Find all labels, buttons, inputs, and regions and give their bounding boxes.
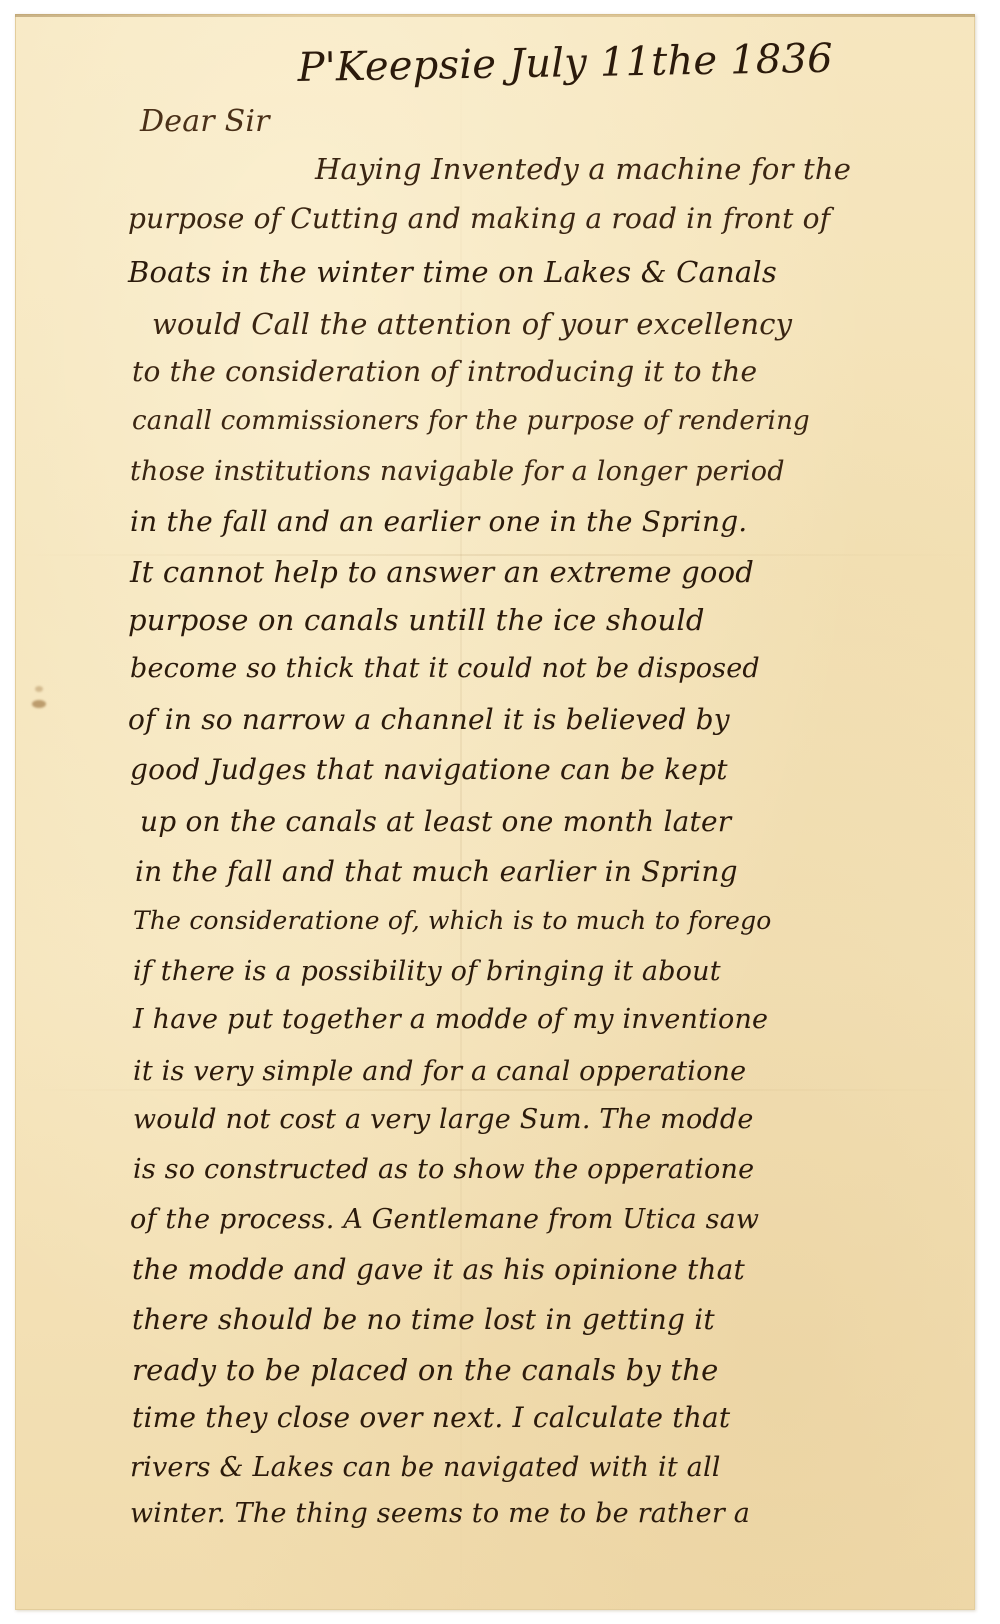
paper-top-edge bbox=[15, 14, 975, 17]
body-line: there should be no time lost in getting … bbox=[132, 1306, 715, 1334]
body-line: The consideratione of, which is to much … bbox=[133, 908, 772, 933]
body-line: purpose of Cutting and making a road in … bbox=[128, 205, 830, 233]
body-line: it is very simple and for a canal oppera… bbox=[133, 1058, 746, 1085]
salutation: Dear Sir bbox=[140, 107, 270, 137]
body-line: Boats in the winter time on Lakes & Cana… bbox=[128, 258, 777, 287]
body-line: Haying Inventedy a machine for the bbox=[315, 155, 851, 184]
ink-stain bbox=[35, 686, 43, 692]
body-line: in the fall and that much earlier in Spr… bbox=[135, 858, 738, 886]
body-line: would Call the attention of your excelle… bbox=[152, 310, 792, 339]
fold-line bbox=[15, 1089, 975, 1091]
body-line: winter. The thing seems to me to be rath… bbox=[130, 1500, 750, 1527]
body-line: canall commissioners for the purpose of … bbox=[132, 408, 810, 434]
body-line: It cannot help to answer an extreme good bbox=[130, 558, 754, 587]
body-line: to the consideration of introducing it t… bbox=[132, 358, 757, 386]
body-line: become so thick that it could not be dis… bbox=[130, 655, 760, 682]
body-line: of in so narrow a channel it is believed… bbox=[128, 706, 730, 734]
body-line: in the fall and an earlier one in the Sp… bbox=[130, 508, 747, 536]
body-line: if there is a possibility of bringing it… bbox=[133, 958, 721, 985]
dateline: P'Keepsie July 11the 1836 bbox=[297, 39, 833, 88]
body-line: good Judges that navigatione can be kept bbox=[130, 756, 728, 784]
body-line: is so constructed as to show the opperat… bbox=[133, 1156, 754, 1183]
body-line: I have put together a modde of my invent… bbox=[133, 1006, 768, 1033]
body-line: purpose on canals untill the ice should bbox=[128, 606, 705, 635]
ink-stain bbox=[32, 700, 46, 708]
body-line: those institutions navigable for a longe… bbox=[130, 458, 785, 485]
body-line: up on the canals at least one month late… bbox=[140, 808, 731, 836]
body-line: ready to be placed on the canals by the bbox=[132, 1356, 718, 1385]
body-line: time they close over next. I calculate t… bbox=[132, 1404, 730, 1432]
body-line: would not cost a very large Sum. The mod… bbox=[133, 1106, 754, 1133]
body-line: the modde and gave it as his opinione th… bbox=[132, 1256, 745, 1284]
body-line: of the process. A Gentlemane from Utica … bbox=[130, 1206, 759, 1233]
body-line: rivers & Lakes can be navigated with it … bbox=[130, 1454, 721, 1481]
